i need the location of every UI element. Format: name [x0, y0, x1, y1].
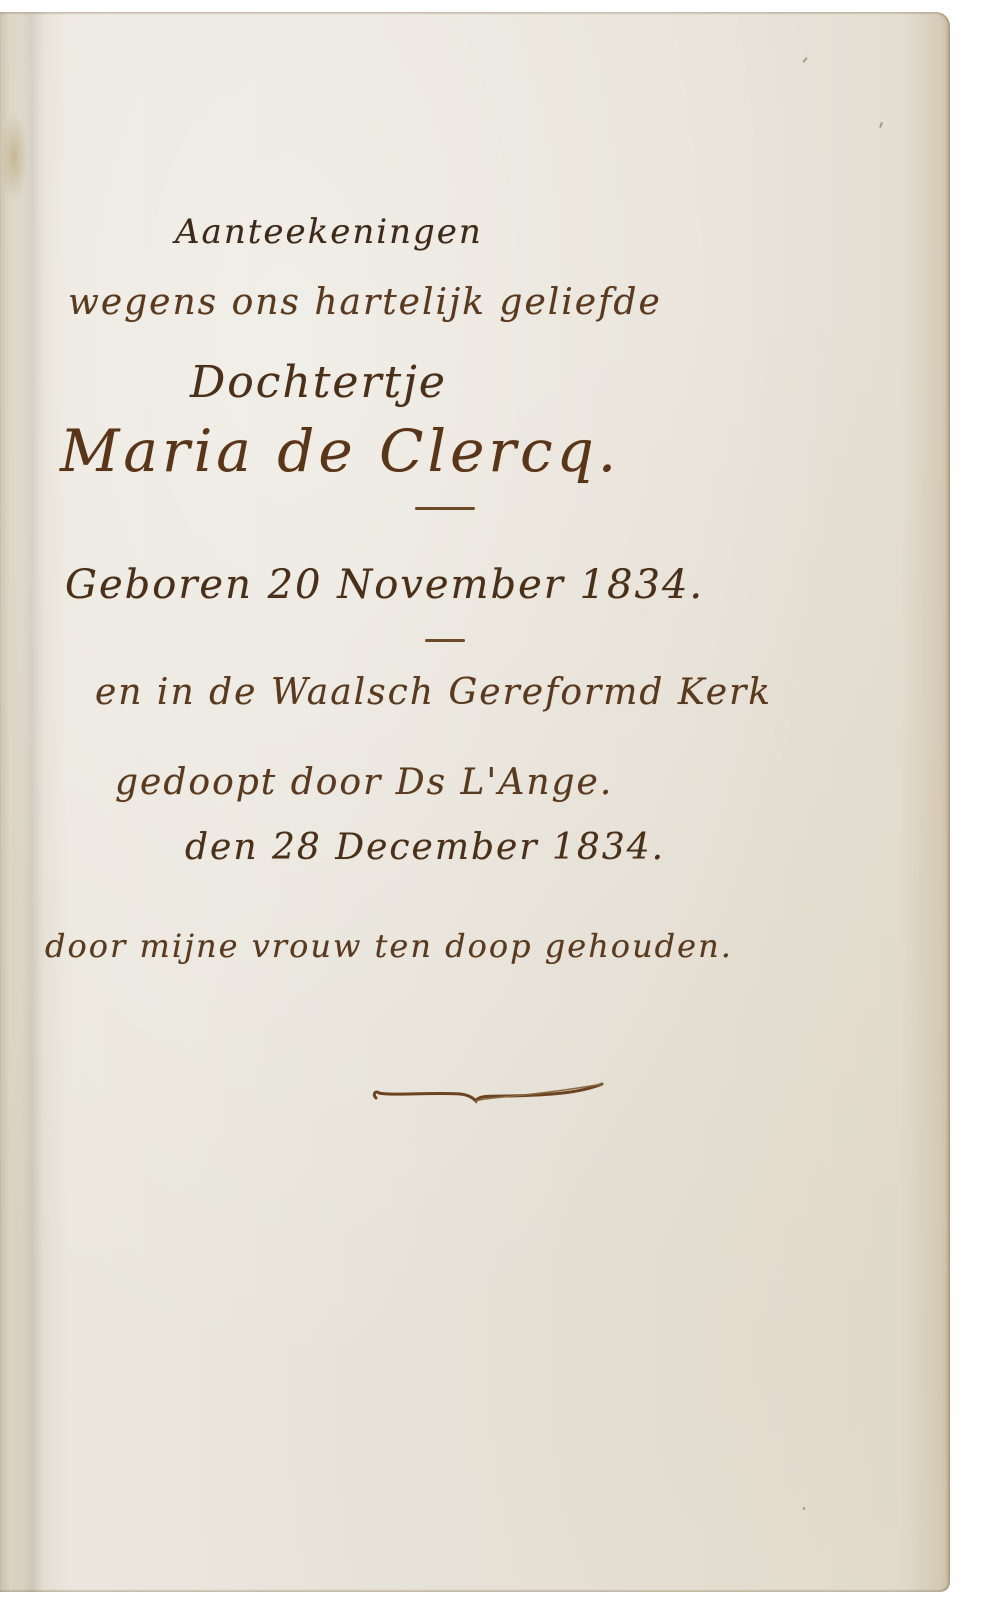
- baptism-date-line: den 28 December 1834.: [185, 827, 665, 868]
- line-dochtertje: Dochtertje: [190, 357, 447, 408]
- separator-dash: [415, 507, 475, 510]
- paper-stain: [0, 112, 28, 202]
- birth-date-line: Geboren 20 November 1834.: [65, 562, 704, 608]
- paper-speck: [879, 122, 883, 128]
- paper-speck: [803, 1507, 805, 1510]
- godparent-line: door mijne vrouw ten doop gehouden.: [45, 927, 733, 965]
- manuscript-page: Aanteekeningen wegens ons hartelijk geli…: [0, 12, 950, 1592]
- book-spine-shadow: [0, 12, 40, 1592]
- line-wegens-ons-hartelijk-geliefde: wegens ons hartelijk geliefde: [68, 282, 662, 323]
- paper-speck: [802, 57, 807, 63]
- heading-aanteekeningen: Aanteekeningen: [175, 212, 483, 252]
- child-name: Maria de Clercq.: [60, 417, 620, 485]
- separator-dash: [425, 639, 465, 642]
- baptized-by-line: gedoopt door Ds L'Ange.: [115, 762, 613, 803]
- church-line: en in de Waalsch Gereformd Kerk: [95, 672, 772, 713]
- closing-flourish: [370, 1080, 610, 1110]
